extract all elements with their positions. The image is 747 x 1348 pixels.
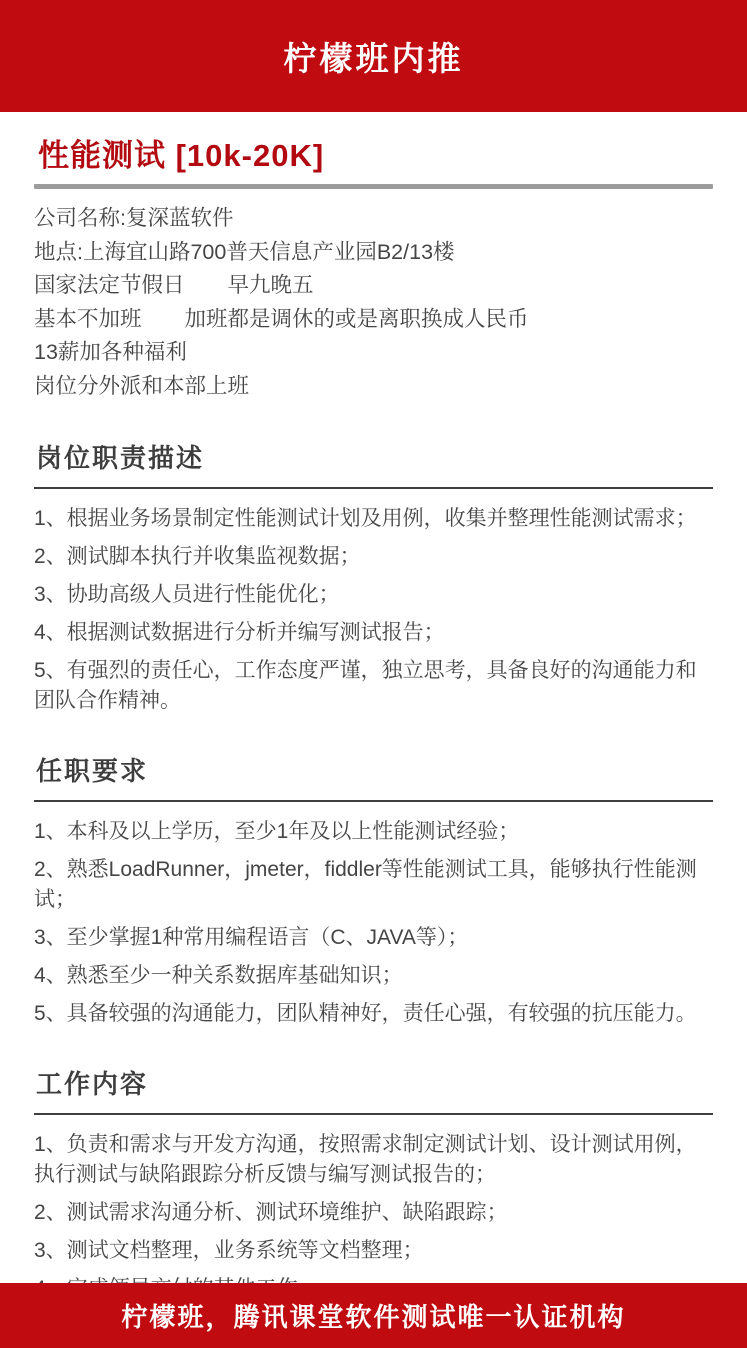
section-requirements-heading: 任职要求 xyxy=(36,756,713,787)
duties-item-1: 1、根据业务场景制定性能测试计划及用例，收集并整理性能测试需求； xyxy=(34,504,713,534)
duties-item-4: 4、根据测试数据进行分析并编写测试报告； xyxy=(34,618,713,648)
duties-item-2: 2、测试脚本执行并收集监视数据； xyxy=(34,542,713,572)
work-content-item-1: 1、负责和需求与开发方沟通，按照需求制定测试计划、设计测试用例，执行测试与缺陷跟… xyxy=(34,1130,713,1190)
requirements-item-3: 3、至少掌握1种常用编程语言（C、JAVA等）； xyxy=(34,923,713,953)
info-line-location: 地点:上海宜山路700普天信息产业园B2/13楼 xyxy=(34,236,713,270)
title-divider xyxy=(34,184,713,189)
brand-title: 柠檬班内推 xyxy=(284,33,464,80)
duties-item-3: 3、协助高级人员进行性能优化； xyxy=(34,580,713,610)
section-work-content: 工作内容 1、负责和需求与开发方沟通，按照需求制定测试计划、设计测试用例，执行测… xyxy=(34,1069,713,1304)
section-work-content-heading: 工作内容 xyxy=(36,1069,713,1100)
footer-banner: 柠檬班，腾讯课堂软件测试唯一认证机构 xyxy=(0,1283,747,1348)
duties-item-5: 5、有强烈的责任心，工作态度严谨，独立思考，具备良好的沟通能力和团队合作精神。 xyxy=(34,656,713,716)
section-duties: 岗位职责描述 1、根据业务场景制定性能测试计划及用例，收集并整理性能测试需求； … xyxy=(34,443,713,716)
info-line-company: 公司名称:复深蓝软件 xyxy=(34,202,713,236)
job-poster-page: 柠檬班内推 性能测试 [10k-20K] 公司名称:复深蓝软件 地点:上海宜山路… xyxy=(0,0,747,1348)
info-line-salary-benefits: 13薪加各种福利 xyxy=(34,336,713,370)
requirements-item-4: 4、熟悉至少一种关系数据库基础知识； xyxy=(34,961,713,991)
footer-slogan: 柠檬班，腾讯课堂软件测试唯一认证机构 xyxy=(121,1297,625,1334)
section-work-content-divider xyxy=(34,1113,713,1115)
section-requirements-divider xyxy=(34,800,713,802)
info-line-holidays: 国家法定节假日 早九晚五 xyxy=(34,269,713,303)
section-requirements: 任职要求 1、本科及以上学历，至少1年及以上性能测试经验； 2、熟悉LoadRu… xyxy=(34,756,713,1029)
header-banner: 柠檬班内推 xyxy=(0,0,747,112)
requirements-item-5: 5、具备较强的沟通能力，团队精神好，责任心强，有较强的抗压能力。 xyxy=(34,999,713,1029)
section-duties-heading: 岗位职责描述 xyxy=(36,443,713,474)
requirements-item-2: 2、熟悉LoadRunner，jmeter，fiddler等性能测试工具，能够执… xyxy=(34,855,713,915)
company-info-block: 公司名称:复深蓝软件 地点:上海宜山路700普天信息产业园B2/13楼 国家法定… xyxy=(34,202,713,403)
requirements-item-1: 1、本科及以上学历，至少1年及以上性能测试经验； xyxy=(34,817,713,847)
job-title: 性能测试 [10k-20K] xyxy=(38,139,713,173)
work-content-item-3: 3、测试文档整理，业务系统等文档整理； xyxy=(34,1236,713,1266)
info-line-work-mode: 岗位分外派和本部上班 xyxy=(34,370,713,404)
section-duties-divider xyxy=(34,487,713,489)
poster-content: 性能测试 [10k-20K] 公司名称:复深蓝软件 地点:上海宜山路700普天信… xyxy=(0,139,747,1304)
info-line-overtime: 基本不加班 加班都是调休的或是离职换成人民币 xyxy=(34,303,713,337)
work-content-item-2: 2、测试需求沟通分析、测试环境维护、缺陷跟踪； xyxy=(34,1198,713,1228)
